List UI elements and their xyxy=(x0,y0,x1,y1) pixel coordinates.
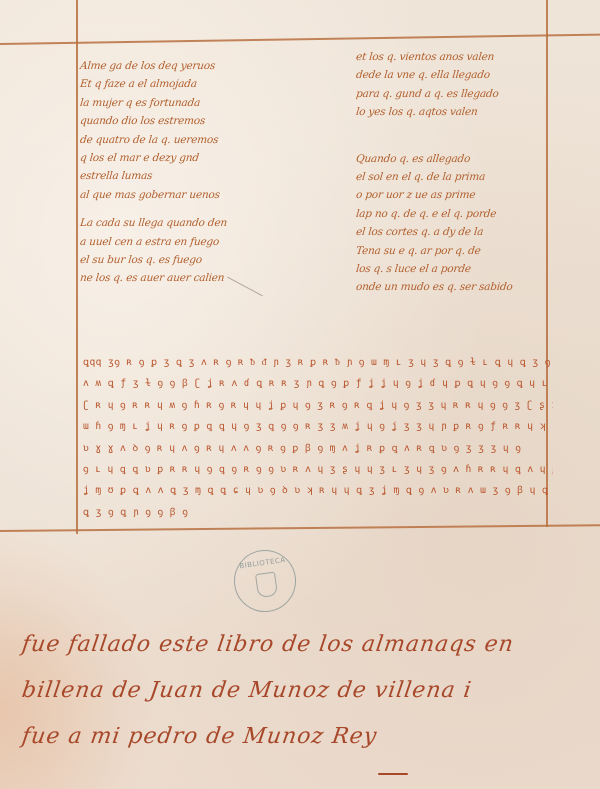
parchment-crease xyxy=(227,277,263,297)
left-margin-rule xyxy=(76,0,78,534)
cipher-line: ꝗ ʒ ꝯ ꝗ ɲ ꝯ ꝯ ꞵ ꝯ xyxy=(83,502,553,523)
verse-line: a uuel cen a estra en fuego xyxy=(79,233,228,251)
verse-line: al que mas gobernar uenos xyxy=(79,186,228,204)
verse-line: Tena su e q. ar por q. de xyxy=(355,242,514,260)
flourish-stroke xyxy=(378,773,408,775)
verse-line: Quando q. es allegado xyxy=(355,150,514,168)
cipher-line: ꝗqq ʒꝯ ʀ ꝯ ꝑ ʒ ꝗ ʒ ʌ ʀ ꝯ ʀ ᵬ ᵭ ɲ ʒ ʀ ꝑ ʀ… xyxy=(83,352,553,373)
colophon-line: fue fallado este libro de los almanaqs e… xyxy=(19,622,585,668)
colophon: fue fallado este libro de los almanaqs e… xyxy=(22,622,582,760)
colophon-line: fue a mi pedro de Munoz Rey xyxy=(19,714,585,760)
verse-line: los q. s luce el a porde xyxy=(355,260,514,278)
crest-icon xyxy=(255,572,278,599)
verse-line: Et q faze a el almojada xyxy=(79,75,228,93)
cipher-line: ʌ ʍ ꝗ ƒ ʒ ɫ ꝯ ꝯ ꞵ ʗ ʝ ʀ ʌ ɗ ꝗ ʀ ʀ ʒ ɲ ꝗ … xyxy=(83,373,553,394)
stamp-text: BIBLIOTECA xyxy=(232,555,293,571)
cipher-line: ɯ ɦ ꝯ ɱ ʟ ʝ ɥ ʀ ꝯ ꝑ ꝗ ꝗ ɥ ꝯ ʒ ꝗ ꝯ ꝯ ʀ ʒ … xyxy=(83,416,553,437)
cipher-text-block: ꝗqq ʒꝯ ʀ ꝯ ꝑ ʒ ꝗ ʒ ʌ ʀ ꝯ ʀ ᵬ ᵭ ɲ ʒ ʀ ꝑ ʀ… xyxy=(83,352,553,523)
verse-line: q los el mar e dezy gnd xyxy=(79,149,228,167)
right-verse-column: et los q. vientos anos valen dede la vne… xyxy=(356,48,513,297)
verse-line: et los q. vientos anos valen xyxy=(355,48,514,66)
verse-line: para q. gund a q. es llegado xyxy=(355,85,514,103)
verse-line: La cada su llega quando den xyxy=(79,214,228,232)
verse-line: el su bur los q. es fuego xyxy=(79,251,228,269)
verse-line: de quatro de la q. ueremos xyxy=(79,131,228,149)
verse-line: dede la vne q. ella llegado xyxy=(355,66,514,84)
verse-line: el sol en el q. de la prima xyxy=(355,168,514,186)
verse-line: el los cortes q. a dy de la xyxy=(355,223,514,241)
verse-line: estrella lumas xyxy=(79,167,228,185)
verse-line: o por uor z ue as prime xyxy=(355,186,514,204)
cipher-line: ʋ ɣ ɣ ʌ ꝺ ꝯ ʀ ɥ ʌ ꝯ ʀ ɥ ʌ ʌ ꝯ ʀ ꝯ ꝑ ꞵ ꝯ … xyxy=(83,438,553,459)
top-rule xyxy=(0,34,600,45)
cipher-line: ʗ ʀ ɥ ꝯ ʀ ʀ ɥ ʍ ꝯ ɦ ʀ ꝯ ʀ ɥ ɥ ʝ ꝑ ɥ ꝯ ʒ … xyxy=(83,395,553,416)
colophon-line: billena de Juan de Munoz de villena i xyxy=(19,668,585,714)
verse-line: quando dio los estremos xyxy=(79,112,228,130)
cipher-line: ꝯ ʟ ɥ ꝗ ꝗ ʋ ꝑ ʀ ʀ ɥ ꝯ ꝗ ꝯ ʀ ꝯ ꝯ ʋ ʀ ʌ ɥ … xyxy=(83,459,553,480)
verse-line: onde un mudo es q. ser sabido xyxy=(355,278,514,296)
left-verse-column: Alme ga de los deq yeruos Et q faze a el… xyxy=(80,57,227,288)
bottom-rule xyxy=(0,524,600,532)
cipher-line: ʝ ɱ ʊ ꝑ ꝗ ʌ ʌ ꝗ ʒ ɱ ꝗ ꝗ ɕ ɥ ʋ ꝯ ꝺ ʋ ʞ ʀ … xyxy=(83,480,553,501)
library-stamp: BIBLIOTECA xyxy=(230,546,300,616)
verse-line: Alme ga de los deq yeruos xyxy=(79,57,228,75)
verse-line: ne los q. es auer auer calien xyxy=(79,269,228,287)
verse-line: lo yes los q. aqtos valen xyxy=(355,103,514,121)
verse-line: lap no q. de q. e el q. porde xyxy=(355,205,514,223)
verse-line: la mujer q es fortunada xyxy=(79,94,228,112)
